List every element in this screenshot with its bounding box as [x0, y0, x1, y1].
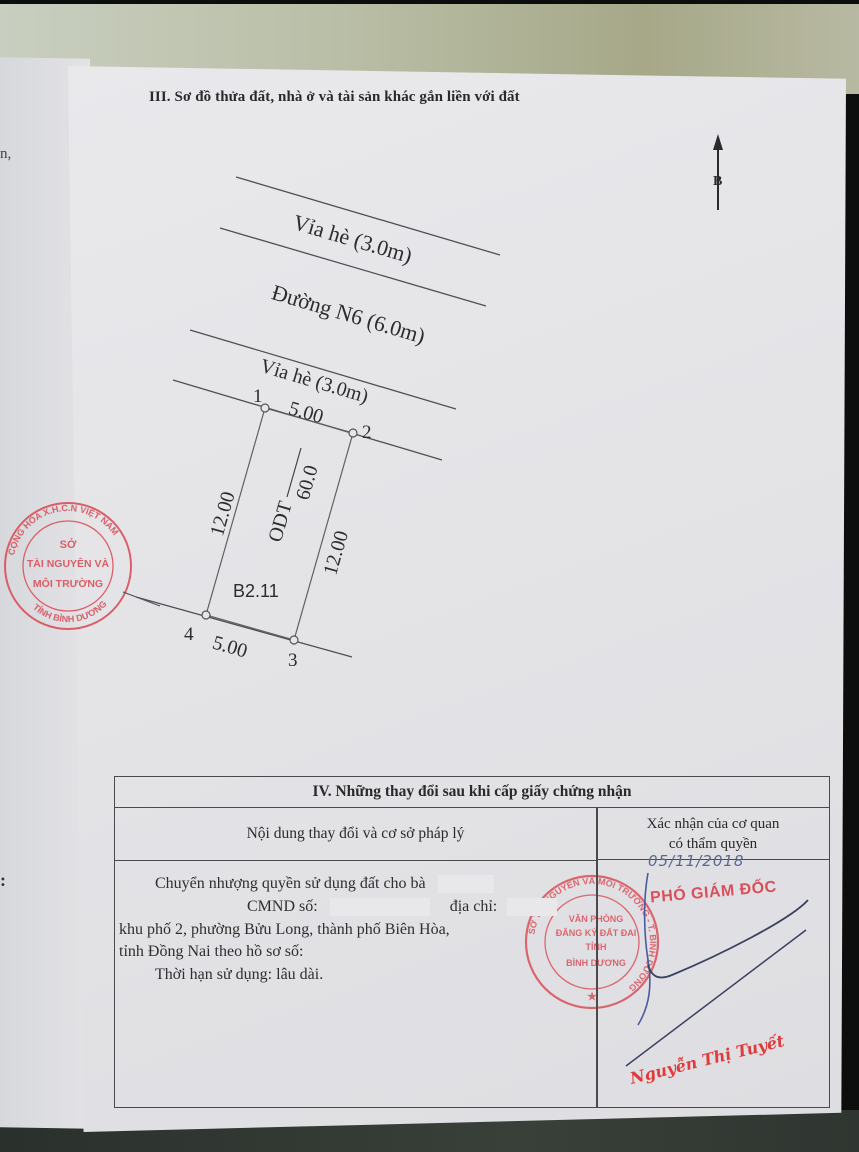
- signature-strokes: [0, 0, 859, 1152]
